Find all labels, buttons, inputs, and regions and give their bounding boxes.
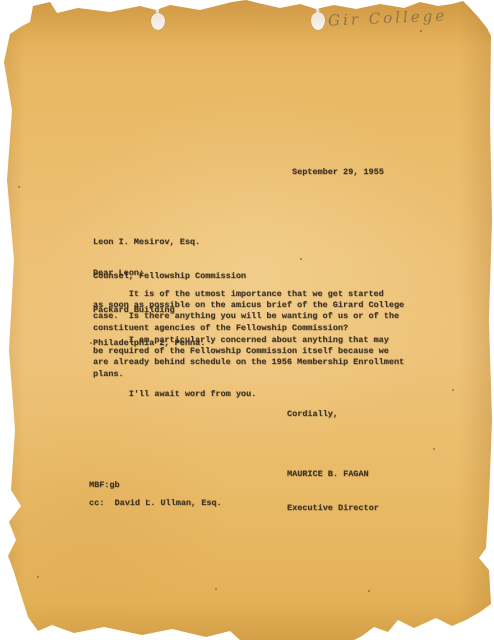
body-paragraph-3: I'll await word from you. — [93, 389, 256, 400]
paper-speckle — [300, 258, 302, 260]
cc-line: cc: David L. Ullman, Esq. — [89, 498, 222, 509]
signature-name: MAURICE B. FAGAN — [287, 469, 379, 480]
paper-speckle — [420, 30, 422, 32]
handwritten-annotation: Gir College — [328, 6, 448, 29]
letter-date: September 29, 1955 — [292, 167, 384, 178]
body-paragraph-1: It is of the utmost importance that we g… — [93, 289, 404, 334]
punch-hole-icon — [151, 13, 165, 30]
paper-speckle — [37, 576, 39, 578]
recipient-name: Leon I. Mesirov, Esq. — [93, 237, 246, 248]
paper-speckle — [18, 186, 20, 188]
body-paragraph-2: I am particularly concerned about anythi… — [93, 335, 404, 380]
letter-paper: Gir College September 29, 1955 Leon I. M… — [0, 0, 494, 640]
paper-speckle — [148, 500, 150, 502]
paper-speckle — [433, 448, 435, 450]
typist-reference: MBF:gb — [89, 480, 120, 491]
paper-speckle — [215, 588, 217, 590]
signature-block: MAURICE B. FAGAN Executive Director — [287, 447, 379, 537]
paper-speckle — [452, 389, 454, 391]
scan-background: Gir College September 29, 1955 Leon I. M… — [0, 0, 494, 640]
paper-speckle — [90, 342, 92, 344]
signature-title: Executive Director — [287, 503, 379, 514]
salutation: Dear Leon: — [93, 268, 144, 279]
punch-hole-icon — [311, 12, 325, 30]
paper-speckle — [368, 590, 370, 592]
closing: Cordially, — [287, 409, 338, 420]
